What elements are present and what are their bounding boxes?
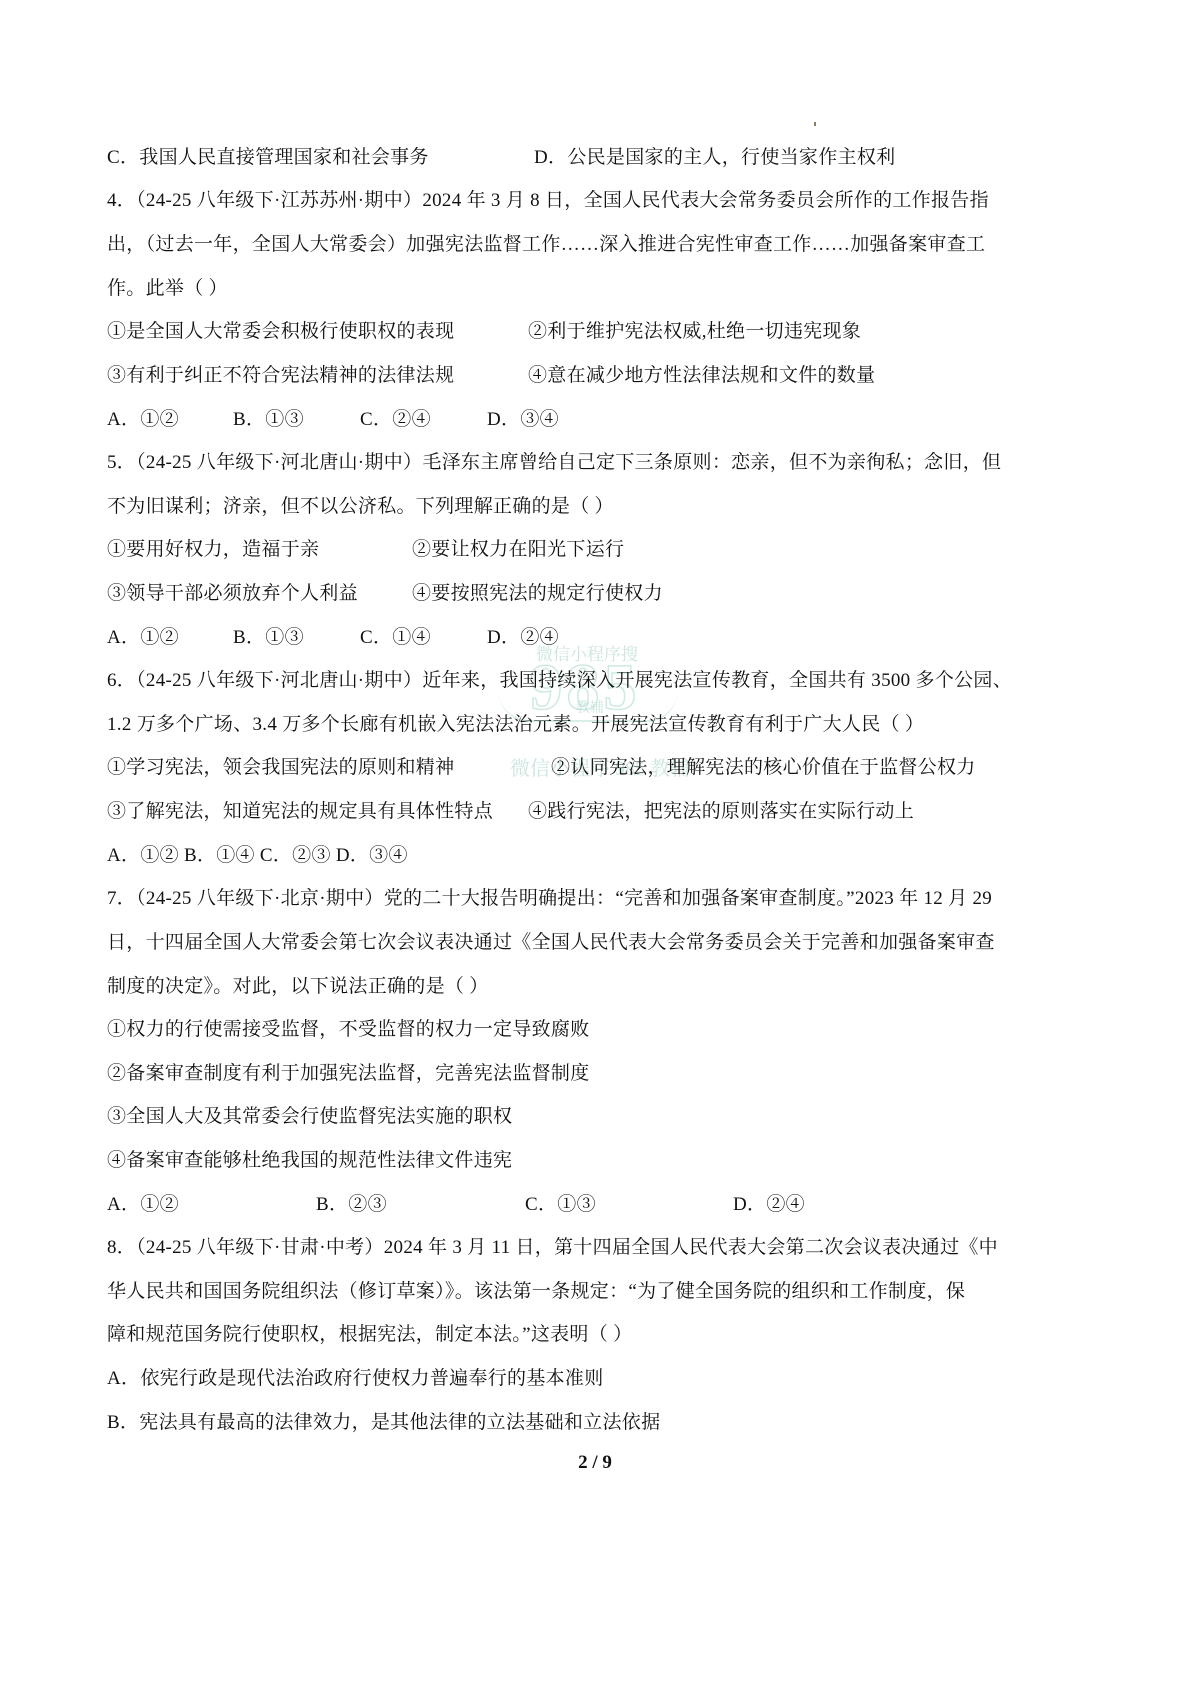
q8-choice-b[interactable]: B．宪法具有最高的法律效力，是其他法律的立法基础和立法依据 <box>107 1411 660 1435</box>
q6-statement-3: ③了解宪法，知道宪法的规定具有具体性特点 <box>107 800 493 824</box>
q4-statement-2: ②利于维护宪法权威,杜绝一切违宪现象 <box>528 320 861 344</box>
q7-statement-4: ④备案审查能够杜绝我国的规范性法律文件违宪 <box>107 1149 512 1173</box>
q8-stem-line-2: 华人民共和国国务院组织法（修订草案）》。该法第一条规定：“为了健全国务院的组织和… <box>107 1280 965 1304</box>
q8-stem-line-3: 障和规范国务院行使职权，根据宪法，制定本法。”这表明（ ） <box>107 1323 632 1347</box>
q5-choice-b[interactable]: B．①③ <box>233 626 304 650</box>
q4-stem-line-1: 4．（24-25 八年级下·江苏苏州·期中）2024 年 3 月 8 日，全国人… <box>107 189 989 213</box>
q4-choice-b[interactable]: B．①③ <box>233 408 304 432</box>
q5-statement-3: ③领导干部必须放弃个人利益 <box>107 582 358 606</box>
q6-statement-4: ④践行宪法，把宪法的原则落实在实际行动上 <box>528 800 914 824</box>
q7-choice-c[interactable]: C．①③ <box>525 1193 596 1217</box>
q7-stem-line-1: 7．（24-25 八年级下·北京·期中）党的二十大报告明确提出：“完善和加强备案… <box>107 887 992 911</box>
q5-choice-c[interactable]: C．①④ <box>360 626 431 650</box>
q5-choice-a[interactable]: A．①② <box>107 626 179 650</box>
q4-choice-d[interactable]: D．③④ <box>487 408 559 432</box>
q6-stem-line-2: 1.2 万多个广场、3.4 万多个长廊有机嵌入宪法法治元素。开展宪法宣传教育有利… <box>107 713 924 737</box>
scan-artifact-mark <box>814 122 816 126</box>
q3-option-c: C．我国人民直接管理国家和社会事务 <box>107 146 429 170</box>
q7-statement-2: ②备案审查制度有利于加强宪法监督，完善宪法监督制度 <box>107 1062 590 1086</box>
page-number: 2 / 9 <box>0 1452 1190 1474</box>
q4-stem-line-3: 作。此举（ ） <box>107 277 228 301</box>
q4-choice-a[interactable]: A．①② <box>107 408 179 432</box>
q7-statement-1: ①权力的行使需接受监督，不受监督的权力一定导致腐败 <box>107 1018 590 1042</box>
q3-option-d: D．公民是国家的主人，行使当家作主权利 <box>534 146 895 170</box>
q5-statement-1: ①要用好权力，造福于亲 <box>107 538 319 562</box>
q4-statement-1: ①是全国人大常委会积极行使职权的表现 <box>107 320 454 344</box>
q8-stem-line-1: 8．（24-25 八年级下·甘肃·中考）2024 年 3 月 11 日，第十四届… <box>107 1236 998 1260</box>
q7-choice-b[interactable]: B．②③ <box>316 1193 387 1217</box>
q6-choices[interactable]: A．①② B．①④ C．②③ D．③④ <box>107 844 408 868</box>
q5-statement-4: ④要按照宪法的规定行使权力 <box>412 582 663 606</box>
q7-choice-d[interactable]: D．②④ <box>733 1193 805 1217</box>
q5-choice-d[interactable]: D．②④ <box>487 626 559 650</box>
q5-stem-line-2: 不为旧谋利；济亲，但不以公济私。下列理解正确的是（ ） <box>107 495 614 519</box>
q7-choice-a[interactable]: A．①② <box>107 1193 179 1217</box>
q4-choice-c[interactable]: C．②④ <box>360 408 431 432</box>
q7-stem-line-3: 制度的决定》。对此，以下说法正确的是（ ） <box>107 975 489 999</box>
q7-statement-3: ③全国人大及其常委会行使监督宪法实施的职权 <box>107 1105 512 1129</box>
q6-stem-line-1: 6．（24-25 八年级下·河北唐山·期中）近年来，我国持续深入开展宪法宣传教育… <box>107 669 1012 693</box>
q5-statement-2: ②要让权力在阳光下运行 <box>412 538 624 562</box>
q8-choice-a[interactable]: A．依宪行政是现代法治政府行使权力普遍奉行的基本准则 <box>107 1367 604 1391</box>
q6-statement-1: ①学习宪法，领会我国宪法的原则和精神 <box>107 756 454 780</box>
q4-statement-3: ③有利于纠正不符合宪法精神的法律法规 <box>107 364 454 388</box>
q5-stem-line-1: 5．（24-25 八年级下·河北唐山·期中）毛泽东主席曾给自己定下三条原则：恋亲… <box>107 451 1001 475</box>
document-page: 微信小程序搜 985 教辅 微信小程序 985 教辅 C．我国人民直接管理国家和… <box>0 0 1190 1683</box>
q4-stem-line-2: 出，（过去一年，全国人大常委会）加强宪法监督工作……深入推进合宪性审查工作……加… <box>107 233 985 257</box>
q4-statement-4: ④意在减少地方性法律法规和文件的数量 <box>528 364 875 388</box>
q6-statement-2: ②认同宪法，理解宪法的核心价值在于监督公权力 <box>551 756 976 780</box>
q7-stem-line-2: 日，十四届全国人大常委会第七次会议表决通过《全国人民代表大会常务委员会关于完善和… <box>107 931 995 955</box>
